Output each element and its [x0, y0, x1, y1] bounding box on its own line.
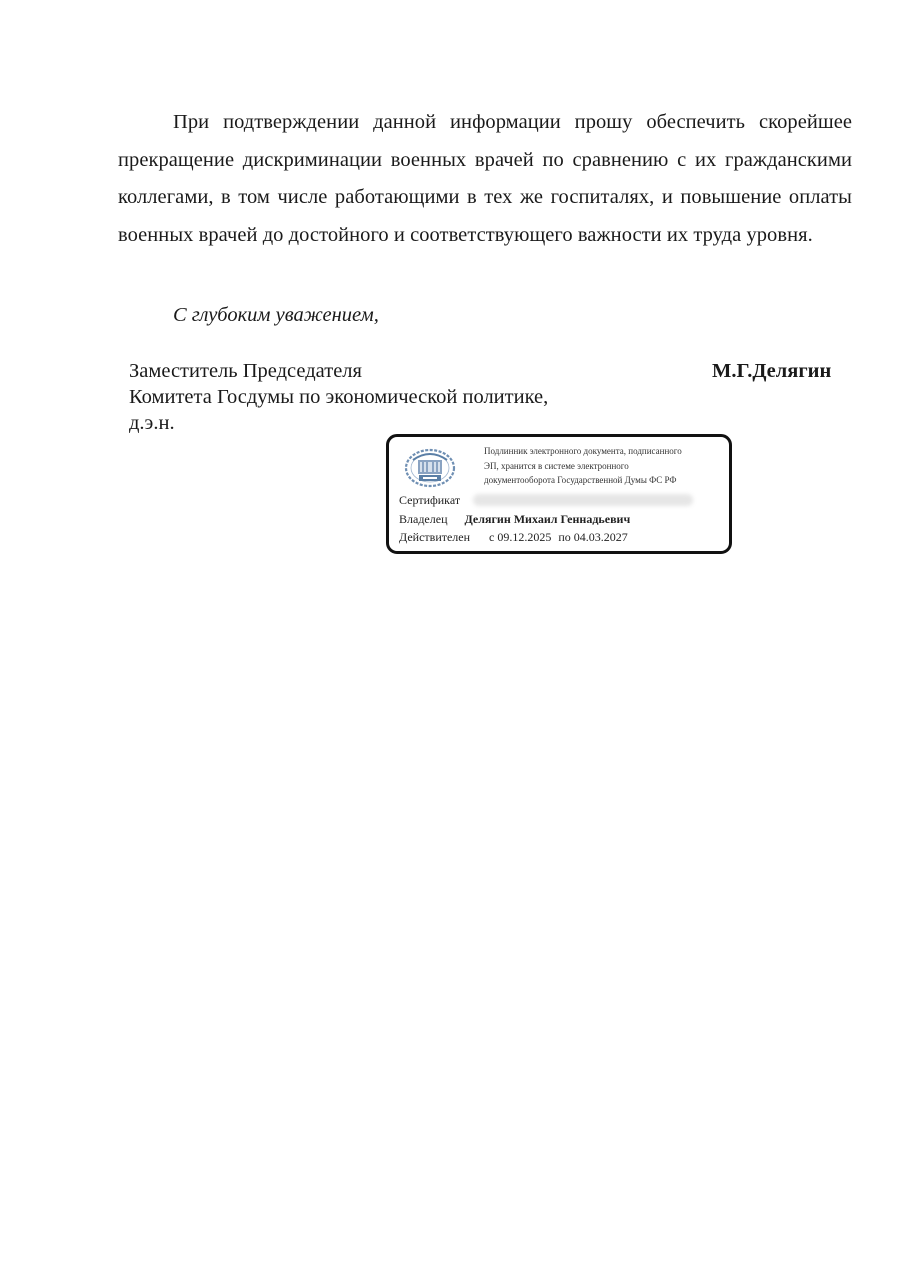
- valid-from-prefix: с: [489, 530, 494, 544]
- validity-row: Действителен с 09.12.2025 по 04.03.2027: [399, 529, 628, 545]
- document-page: При подтверждении данной информации прош…: [0, 0, 905, 1280]
- owner-label: Владелец: [399, 512, 448, 526]
- valid-to-date: 04.03.2027: [574, 530, 628, 544]
- certificate-label: Сертификат: [399, 493, 460, 507]
- valid-to-prefix: по: [558, 530, 570, 544]
- stamp-header-line3: документооборота Государственной Думы ФС…: [484, 473, 724, 488]
- stamp-header: Подлинник электронного документа, подпис…: [484, 444, 724, 488]
- validity-label: Действителен: [399, 530, 470, 544]
- certificate-row: Сертификат: [399, 492, 460, 508]
- valid-from-date: 09.12.2025: [497, 530, 551, 544]
- owner-name: Делягин Михаил Геннадьевич: [465, 512, 631, 526]
- letter-paragraph: При подтверждении данной информации прош…: [118, 104, 852, 254]
- letter-closing: С глубоким уважением,: [173, 304, 379, 327]
- signatory-title: Заместитель Председателя Комитета Госдум…: [129, 358, 548, 436]
- stamp-header-line2: ЭП, хранится в системе электронного: [484, 459, 724, 474]
- signatory-title-line2: Комитета Госдумы по экономической полити…: [129, 384, 548, 410]
- owner-row: Владелец Делягин Михаил Геннадьевич: [399, 511, 630, 527]
- electronic-signature-stamp: Подлинник электронного документа, подпис…: [386, 434, 732, 554]
- signatory-title-line1: Заместитель Председателя: [129, 358, 548, 384]
- signatory-title-line3: д.э.н.: [129, 410, 548, 436]
- certificate-value-redacted: [473, 494, 693, 506]
- signatory-name: М.Г.Делягин: [712, 358, 831, 384]
- stamp-header-line1: Подлинник электронного документа, подпис…: [484, 444, 724, 459]
- state-duma-emblem-icon: [403, 446, 457, 488]
